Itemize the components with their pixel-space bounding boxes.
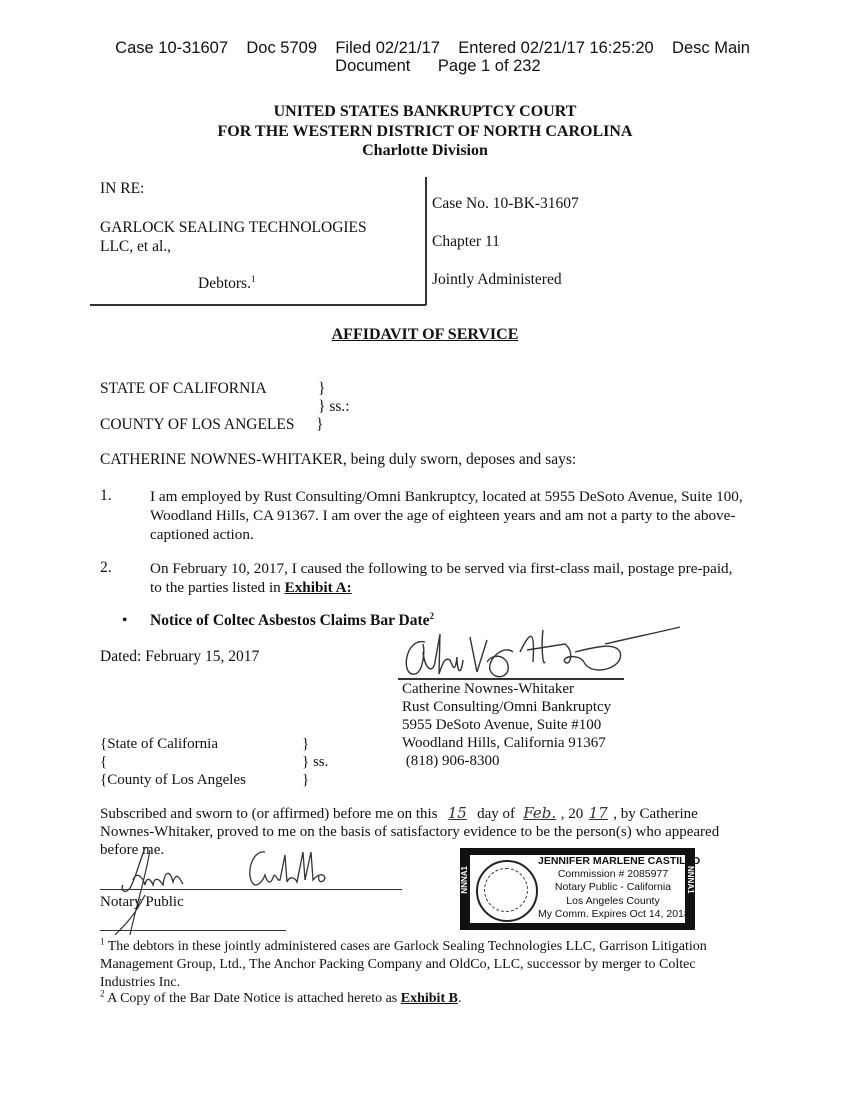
affiant-phone: (818) 906-8300 <box>402 752 611 770</box>
venue-ss: } ss.: <box>318 398 350 416</box>
footnote-ref-1: 1 <box>251 274 256 284</box>
paragraph-2: On February 10, 2017, I caused the follo… <box>150 559 732 597</box>
stamp-commission: Commission # 2085977 <box>538 868 688 881</box>
notary-signature-line <box>100 889 402 890</box>
notary-public-label: Notary Public <box>100 894 184 911</box>
in-re-label: IN RE: <box>100 180 144 198</box>
footnote-1: 1 The debtors in these jointly administe… <box>100 938 707 992</box>
stamp-notary-name: JENNIFER MARLENE CASTILLO <box>538 855 688 868</box>
stamp-side-text-left: NNNA1 <box>460 866 469 894</box>
affidavit-title: AFFIDAVIT OF SERVICE <box>0 326 850 344</box>
california-seal-icon <box>476 860 538 922</box>
dated: Dated: February 15, 2017 <box>100 648 259 666</box>
debtor-name: GARLOCK SEALING TECHNOLOGIES LLC, et al.… <box>100 218 367 256</box>
notary-stamp: NNNA1 NNNA1 JENNIFER MARLENE CASTILLO Co… <box>460 848 695 930</box>
case-no: Case No. 10-BK-31607 <box>432 195 579 213</box>
stamp-county: Los Angeles County <box>538 895 688 908</box>
footnote-ref-2: 2 <box>430 611 435 621</box>
debtors-label: Debtors.1 <box>198 275 255 293</box>
affiant-signature-icon <box>395 622 685 682</box>
page-count: Page 1 of 232 <box>438 57 541 75</box>
footnote-2: 2 A Copy of the Bar Date Notice is attac… <box>100 991 461 1007</box>
exhibit-a-link[interactable]: Exhibit A: <box>285 579 352 596</box>
affiant-address2: Woodland Hills, California 91367 <box>402 734 611 752</box>
filing-header-line2: Document Page 1 of 232 <box>326 38 541 76</box>
jurat-day-field[interactable]: 15 <box>441 804 473 822</box>
paragraph-1-number: 1. <box>100 487 112 505</box>
footnote-divider <box>100 930 286 931</box>
court-line3: Charlotte Division <box>0 141 850 161</box>
venue-brace-2: } <box>316 416 323 434</box>
exhibit-b-link[interactable]: Exhibit B <box>401 991 458 1006</box>
administration: Jointly Administered <box>432 271 562 289</box>
paragraph-1: I am employed by Rust Consulting/Omni Ba… <box>150 487 743 544</box>
document-label: Document <box>335 57 410 75</box>
affiant-company: Rust Consulting/Omni Bankruptcy <box>402 698 611 716</box>
venue-state: STATE OF CALIFORNIA <box>100 380 267 398</box>
jurat-braces: } } ss. } <box>302 735 328 789</box>
doc-number: Doc 5709 <box>246 39 317 57</box>
stamp-expires: My Comm. Expires Oct 14, 2018 <box>538 908 688 921</box>
paragraph-2-number: 2. <box>100 559 112 577</box>
desc: Desc Main <box>672 39 750 57</box>
court-title: UNITED STATES BANKRUPTCY COURT FOR THE W… <box>0 102 850 161</box>
affiant-address1: 5955 DeSoto Avenue, Suite #100 <box>402 716 611 734</box>
chapter: Chapter 11 <box>432 233 500 251</box>
caption-horizontal-divider <box>90 304 426 306</box>
court-line1: UNITED STATES BANKRUPTCY COURT <box>0 102 850 122</box>
jurat-venue: {State of California { {County of Los An… <box>100 735 246 789</box>
case-number: Case 10-31607 <box>115 39 228 57</box>
affiant-block: Catherine Nownes-Whitaker Rust Consultin… <box>402 680 611 770</box>
court-line2: FOR THE WESTERN DISTRICT OF NORTH CAROLI… <box>0 122 850 142</box>
venue-county: COUNTY OF LOS ANGELES <box>100 416 294 434</box>
jurat-year-field[interactable]: 17 <box>583 804 613 822</box>
served-document: Notice of Coltec Asbestos Claims Bar Dat… <box>150 612 434 630</box>
intro-statement: CATHERINE NOWNES-WHITAKER, being duly sw… <box>100 451 576 469</box>
stamp-title: Notary Public - California <box>538 881 688 894</box>
venue-brace-1: } <box>318 380 325 398</box>
jurat-month-field[interactable]: Feb. <box>519 804 561 822</box>
affiant-name: Catherine Nownes-Whitaker <box>402 680 611 698</box>
bullet-icon: • <box>122 612 127 630</box>
caption-vertical-divider <box>425 177 427 305</box>
